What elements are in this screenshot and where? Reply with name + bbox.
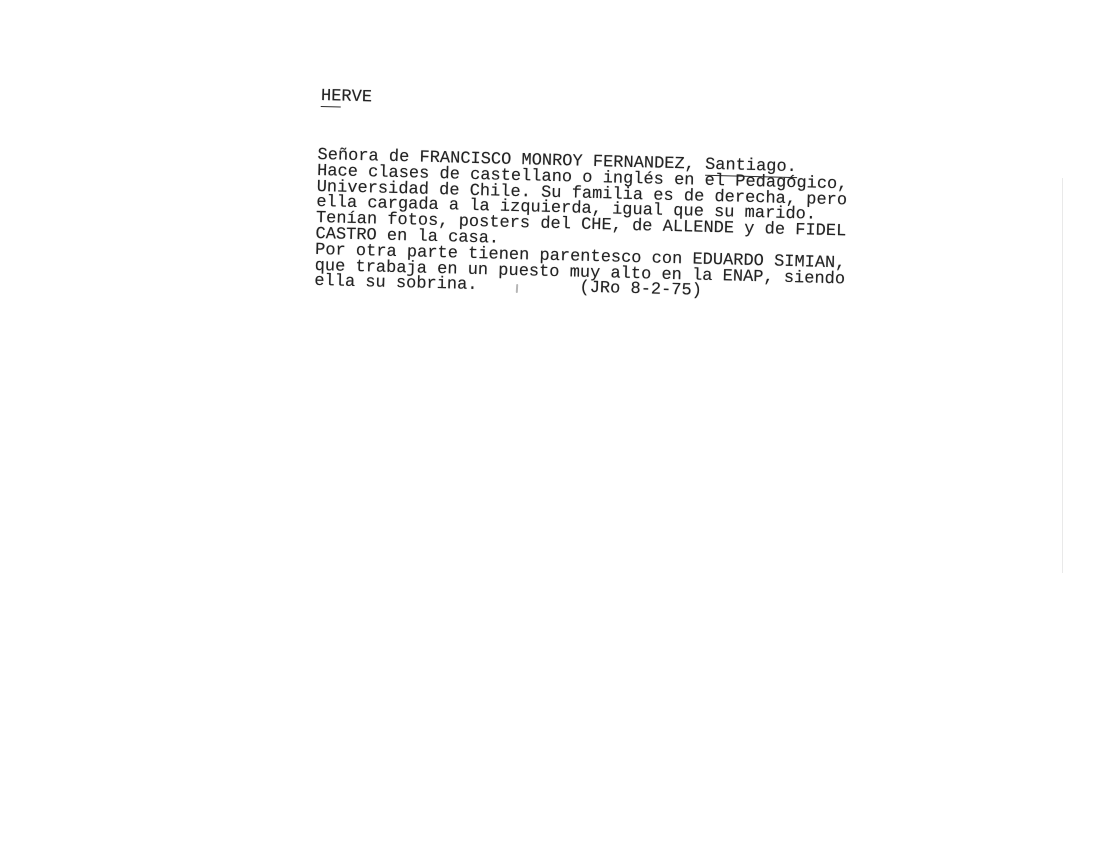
document-title-underlined-part: HE: [321, 87, 342, 108]
document-title: HERVE: [321, 89, 850, 118]
document-title-rest: RVE: [341, 87, 372, 107]
document-body: Señora de FRANCISCO MONROY FERNANDEZ, Sa…: [314, 148, 848, 304]
scan-artifact-vertical-line: [1062, 178, 1063, 573]
scanned-page: HERVE Señora de FRANCISCO MONROY FERNAND…: [0, 0, 1100, 850]
typewritten-text-block: HERVE Señora de FRANCISCO MONROY FERNAND…: [313, 57, 850, 335]
